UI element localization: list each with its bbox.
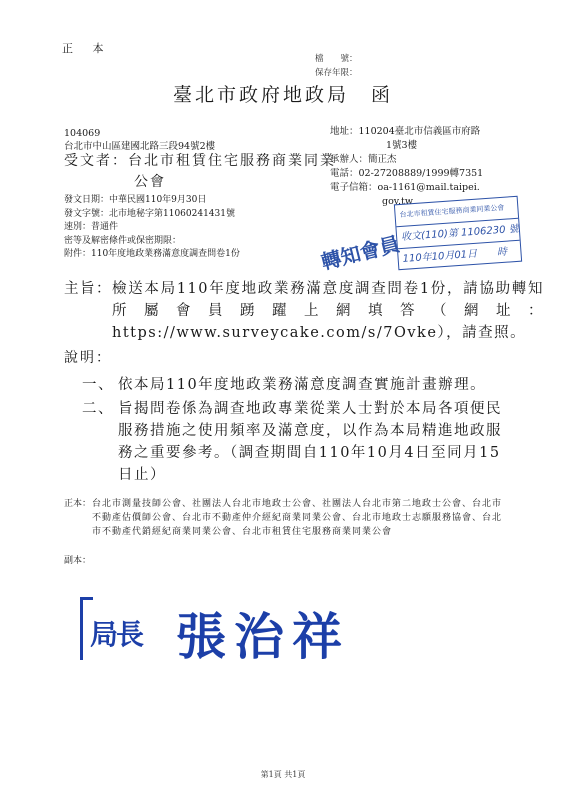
item-text: 依本局110年度地政業務滿意度調查實施計畫辦理。 [118,377,486,393]
file-number-label: 檔 號： [315,52,358,66]
recipient-postal-code: 104069 [64,127,304,140]
recipient-address-block: 104069 台北市中山區建國北路三段94號2樓 [64,127,304,153]
item-number: 二、 [82,398,114,420]
document-type: 函 [371,84,393,106]
issue-date: 發文日期：中華民國110年9月30日 [64,194,240,208]
explanation-list: 一、 依本局110年度地政業務滿意度調查實施計畫辦理。 二、 旨揭問卷係為調查地… [82,374,512,488]
explanation-item: 一、 依本局110年度地政業務滿意度調查實施計畫辦理。 [82,374,512,396]
director-signature-seal: 局長 張治祥 [80,595,390,675]
issuing-agency: 臺北市政府地政局 [173,84,349,106]
item-text: 旨揭問卷係為調查地政專業從業人士對於本局各項便民服務措施之使用頻率及滿意度，以作… [118,401,502,483]
item-number: 一、 [82,374,114,396]
sender-handler: 承辦人：簡正杰 [330,153,483,167]
subject: 主旨： 檢送本局110年度地政業務滿意度調查問卷1份，請協助轉知所屬會員踴躍上網… [64,278,544,344]
original-recipients: 正本： 台北市測量技師公會、社團法人台北市地政士公會、社團法人台北市第二地政士公… [64,497,504,539]
signer-name: 張治祥 [176,597,350,669]
explanation-label: 說明： [64,347,112,367]
page-number: 第1頁 共1頁 [0,769,566,780]
receipt-stamp: 台北市租賃住宅服務商業同業公會 收文(110)第 1106230 號 110年1… [394,196,522,270]
signer-title: 局長 [90,613,142,653]
recipient-label: 受文者： [64,153,128,169]
copy-type-label: 正 本 [62,40,112,56]
document-title: 臺北市政府地政局函 [0,80,566,107]
sender-address-line1: 地址：110204臺北市信義區市府路 [330,125,483,139]
recipient-name-line1: 台北市租賃住宅服務商業同業 [128,153,336,169]
copy-recipients: 副本： [64,553,91,566]
classification: 密等及解密條件或保密期限： [64,235,240,249]
issue-number: 發文字號：北市地秘字第11060241431號 [64,208,240,222]
document-meta: 發文日期：中華民國110年9月30日 發文字號：北市地秘字第1106024143… [64,194,240,262]
delivery-speed: 速別：普通件 [64,221,240,235]
sender-email-line1: 電子信箱：oa-1161@mail.taipei. [330,181,483,195]
forward-to-members-stamp: 轉知會員 [318,228,403,275]
file-meta: 檔 號： 保存年限： [315,52,358,80]
subject-text: 檢送本局110年度地政業務滿意度調查問卷1份，請協助轉知所屬會員踴躍上網填答（網… [64,278,544,344]
retention-label: 保存年限： [315,66,358,80]
attachment: 附件：110年度地政業務滿意度調查問卷1份 [64,248,240,262]
sender-address-line2: 1號3樓 [330,139,483,153]
sender-info: 地址：110204臺北市信義區市府路 1號3樓 承辦人：簡正杰 電話：02-27… [330,125,483,209]
explanation-item: 二、 旨揭問卷係為調查地政專業從業人士對於本局各項便民服務措施之使用頻率及滿意度… [82,398,512,486]
cc-label: 正本： [64,497,91,511]
sender-phone: 電話：02-27208889/1999轉7351 [330,167,483,181]
subject-label: 主旨： [64,278,112,300]
cc-text: 台北市測量技師公會、社團法人台北市地政士公會、社團法人台北市第二地政士公會、台北… [64,497,504,539]
